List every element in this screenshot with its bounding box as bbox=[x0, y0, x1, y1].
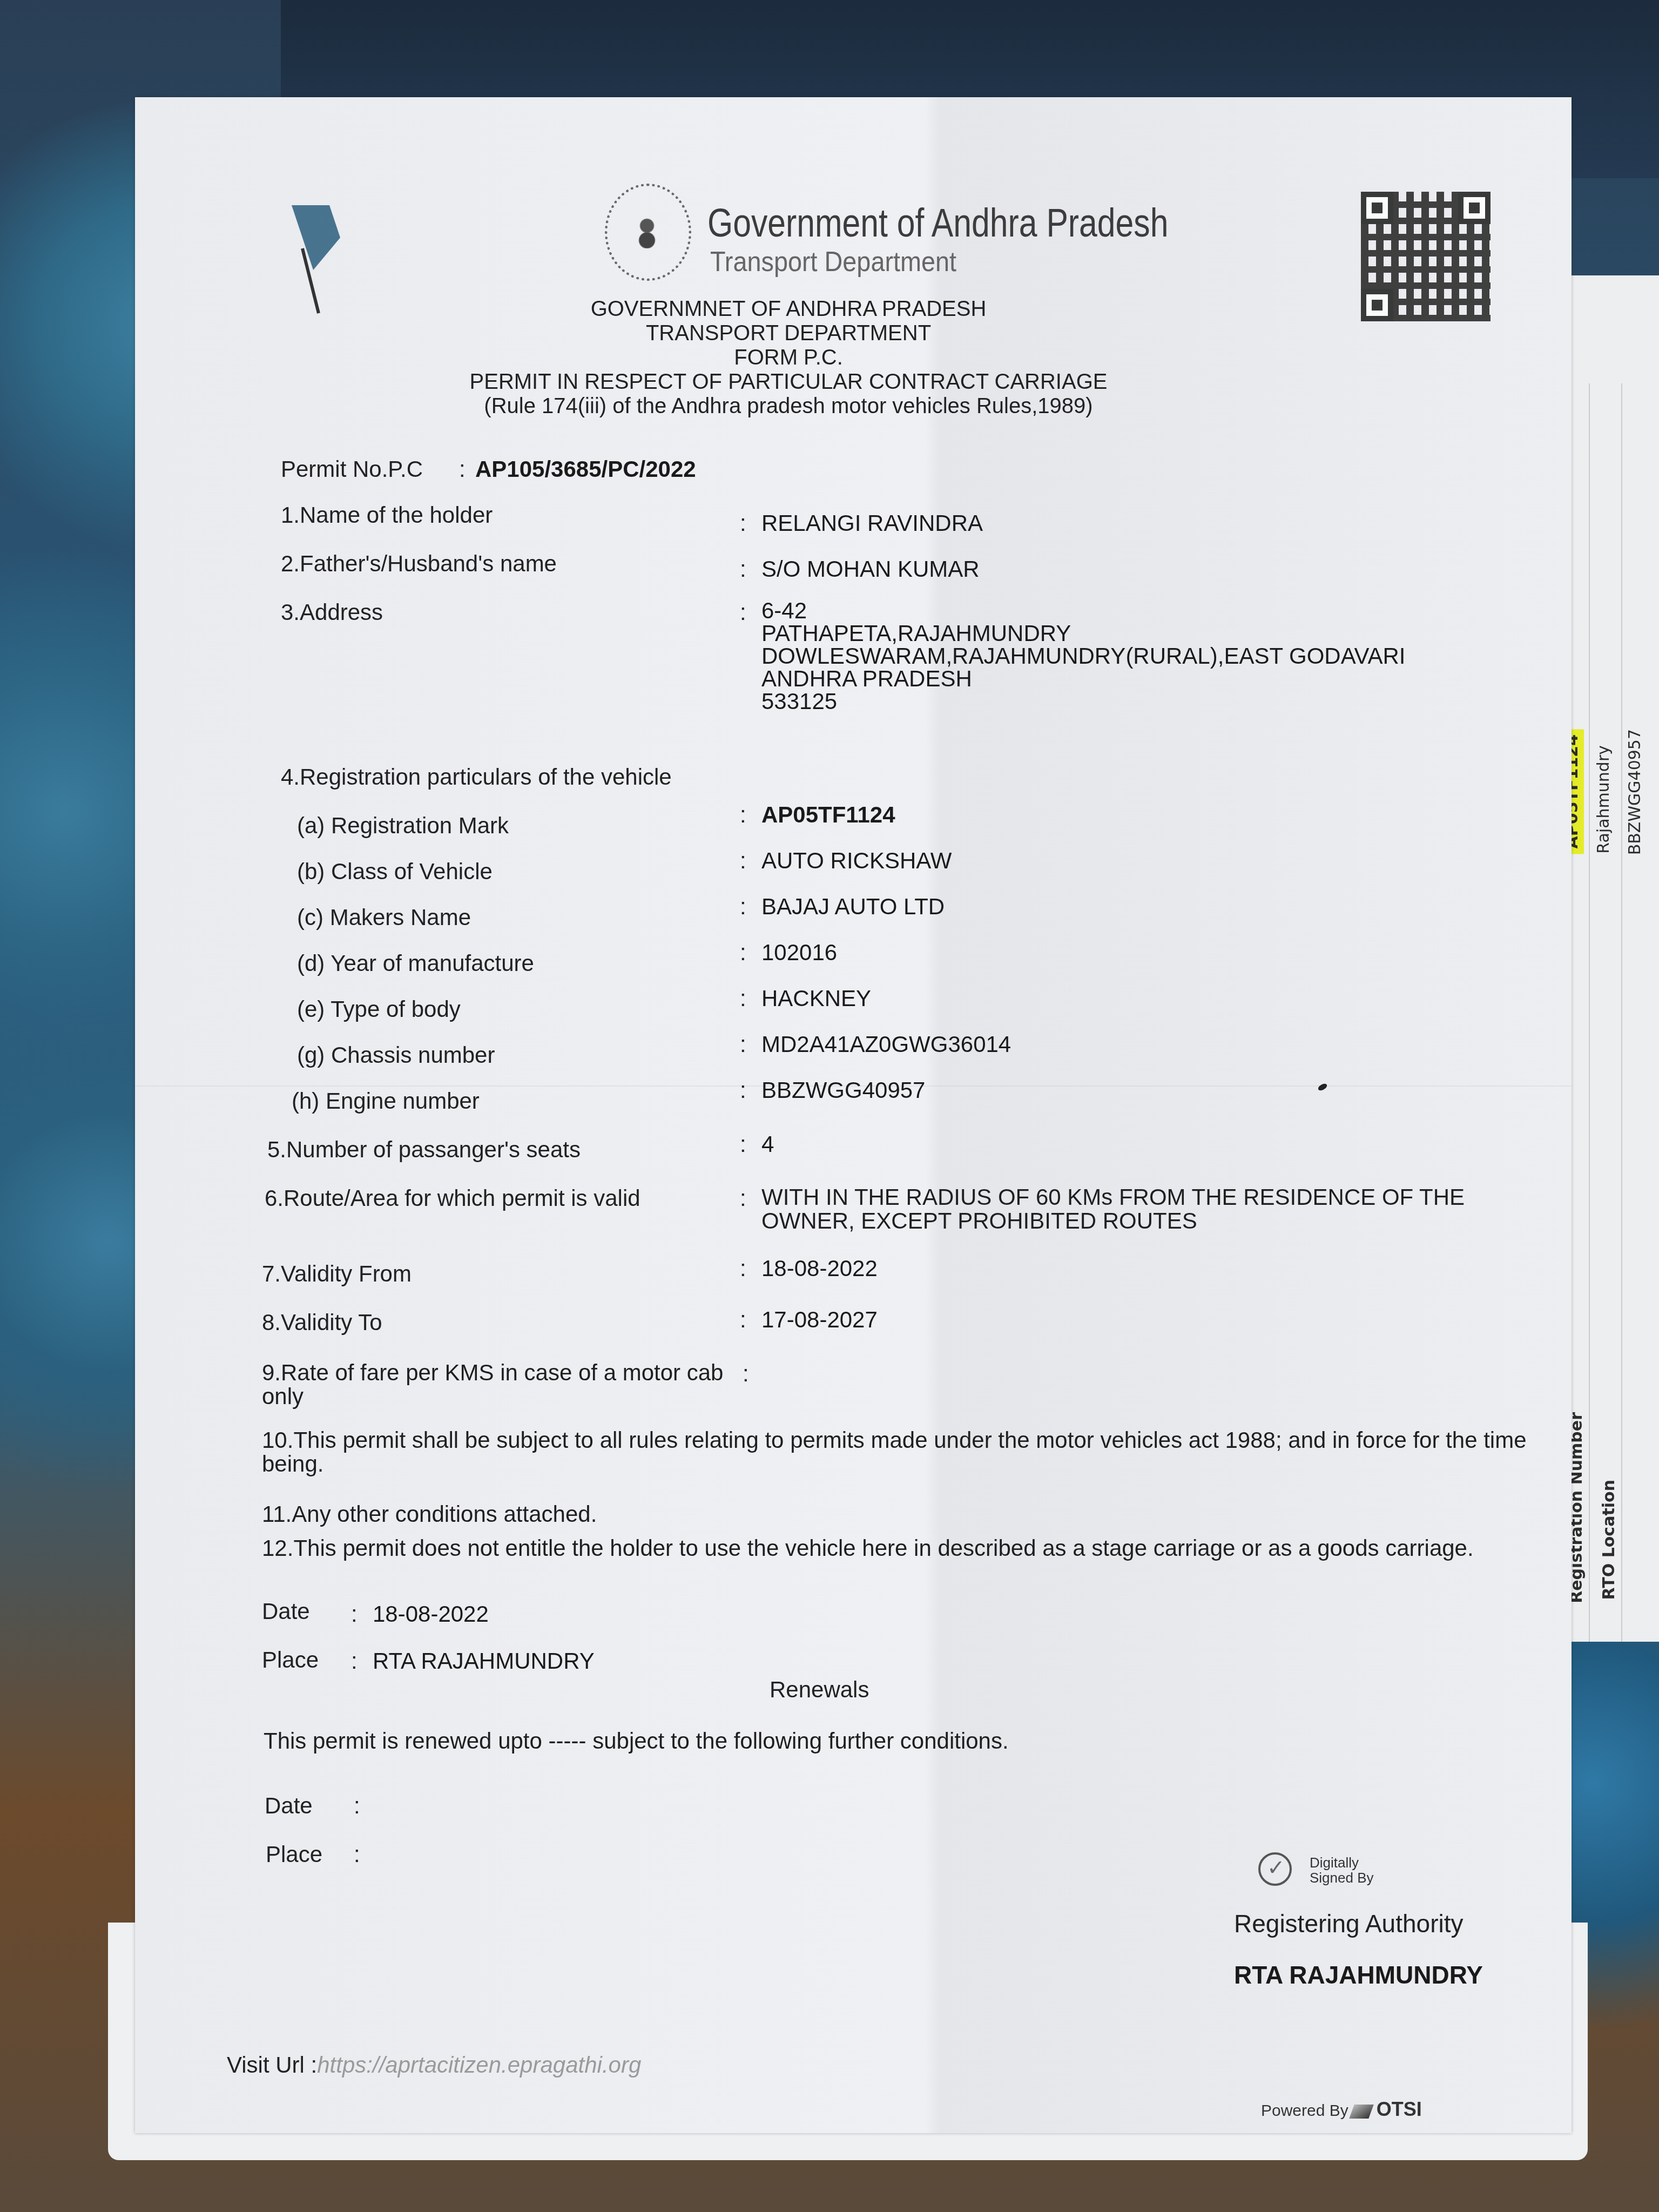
digital-signature-text: Digitally Signed By bbox=[1310, 1855, 1374, 1885]
registration-item-label: (g) Chassis number bbox=[297, 1042, 495, 1068]
issue-date-label: Date bbox=[262, 1599, 310, 1624]
registration-item-value: 102016 bbox=[761, 940, 837, 966]
registration-item-value: HACKNEY bbox=[761, 986, 871, 1011]
digital-signature-check-icon bbox=[1258, 1852, 1292, 1886]
digital-line-1: Digitally bbox=[1310, 1855, 1374, 1870]
seats-label: 5.Number of passanger's seats bbox=[267, 1137, 581, 1163]
header-line-5: (Rule 174(iii) of the Andhra pradesh mot… bbox=[70, 394, 1507, 419]
back-rto-value: Rajahmundry bbox=[1594, 745, 1613, 854]
address-value: 6-42 PATHAPETA,RAJAHMUNDRY DOWLESWARAM,R… bbox=[761, 599, 1405, 713]
colon: : bbox=[740, 894, 746, 920]
colon: : bbox=[740, 1131, 746, 1157]
powered-by-label: Powered By bbox=[1261, 2102, 1348, 2120]
powered-by-brand: OTSI bbox=[1377, 2098, 1422, 2120]
address-line: 533125 bbox=[761, 690, 1405, 713]
address-label: 3.Address bbox=[281, 599, 383, 625]
holder-value: RELANGI RAVINDRA bbox=[761, 510, 983, 536]
registration-item-value: BAJAJ AUTO LTD bbox=[761, 894, 945, 920]
colon: : bbox=[459, 456, 466, 482]
fare-label: 9.Rate of fare per KMS in case of a moto… bbox=[262, 1361, 732, 1408]
registration-item-value: BBZWGG40957 bbox=[761, 1077, 925, 1103]
renewals-text: This permit is renewed upto ----- subjec… bbox=[264, 1728, 1009, 1754]
colon: : bbox=[740, 940, 746, 966]
header-line-1: GOVERNMNET OF ANDHRA PRADESH bbox=[70, 297, 1507, 321]
colon: : bbox=[351, 1648, 358, 1674]
validity-from-value: 18-08-2022 bbox=[761, 1256, 878, 1282]
renewal-place-label: Place bbox=[266, 1842, 322, 1867]
visit-url-link[interactable]: https://aprtacitizen.epragathi.org bbox=[317, 2052, 641, 2078]
colon: : bbox=[354, 1793, 360, 1819]
colon: : bbox=[740, 556, 746, 582]
state-emblem-icon bbox=[605, 184, 691, 281]
colon: : bbox=[740, 1077, 746, 1103]
address-line: DOWLESWARAM,RAJAHMUNDRY(RURAL),EAST GODA… bbox=[761, 645, 1405, 667]
back-rto-header: RTO Location bbox=[1600, 1480, 1618, 1600]
renewals-title: Renewals bbox=[770, 1677, 869, 1703]
validity-to-label: 8.Validity To bbox=[262, 1310, 382, 1336]
digital-line-2: Signed By bbox=[1310, 1870, 1374, 1885]
back-engine-value: BBZWGG40957 bbox=[1626, 729, 1644, 855]
permit-no-value: AP105/3685/PC/2022 bbox=[475, 456, 696, 482]
issue-place-value: RTA RAJAHMUNDRY bbox=[373, 1648, 595, 1674]
route-value: WITH IN THE RADIUS OF 60 KMs FROM THE RE… bbox=[761, 1185, 1518, 1233]
visit-url: Visit Url :https://aprtacitizen.epragath… bbox=[227, 2052, 641, 2078]
address-line: 6-42 bbox=[761, 599, 1405, 622]
clause-11: 11.Any other conditions attached. bbox=[262, 1501, 597, 1527]
registration-item-value: MD2A41AZ0GWG36014 bbox=[761, 1031, 1011, 1057]
header-line-2: TRANSPORT DEPARTMENT bbox=[70, 321, 1507, 346]
colon: : bbox=[351, 1601, 358, 1627]
registration-heading: 4.Registration particulars of the vehicl… bbox=[281, 764, 672, 790]
colon: : bbox=[740, 986, 746, 1011]
colon: : bbox=[354, 1842, 360, 1867]
registration-item-label: (d) Year of manufacture bbox=[297, 950, 534, 976]
father-label: 2.Father's/Husband's name bbox=[281, 551, 557, 577]
address-line: ANDHRA PRADESH bbox=[761, 667, 1405, 690]
holder-label: 1.Name of the holder bbox=[281, 502, 493, 528]
ink-mark bbox=[1317, 1082, 1328, 1092]
registering-authority: Registering Authority bbox=[1234, 1909, 1463, 1938]
colon: : bbox=[743, 1361, 749, 1387]
powered-by: Powered ByOTSI bbox=[1261, 2098, 1422, 2121]
route-label: 6.Route/Area for which permit is valid bbox=[265, 1185, 640, 1211]
colon: : bbox=[740, 1256, 746, 1282]
registration-item-label: (h) Engine number bbox=[292, 1088, 480, 1114]
validity-to-value: 17-08-2027 bbox=[761, 1307, 878, 1333]
colon: : bbox=[740, 599, 746, 625]
otsi-logo-icon bbox=[1349, 2105, 1373, 2119]
colon: : bbox=[740, 1031, 746, 1057]
permit-no-label: Permit No.P.C bbox=[281, 456, 423, 482]
colon: : bbox=[740, 848, 746, 874]
renewal-date-label: Date bbox=[265, 1793, 313, 1819]
authority-office: RTA RAJAHMUNDRY bbox=[1234, 1960, 1483, 1990]
colon: : bbox=[740, 1307, 746, 1333]
registration-item-label: (c) Makers Name bbox=[297, 905, 471, 930]
registration-item-value: AUTO RICKSHAW bbox=[761, 848, 952, 874]
seats-value: 4 bbox=[761, 1131, 774, 1157]
registration-item-value: AP05TF1124 bbox=[761, 802, 895, 828]
colon: : bbox=[740, 510, 746, 536]
registration-item-label: (b) Class of Vehicle bbox=[297, 859, 493, 885]
registration-item-label: (e) Type of body bbox=[297, 996, 461, 1022]
father-value: S/O MOHAN KUMAR bbox=[761, 556, 980, 582]
logo-subtitle: Transport Department bbox=[710, 246, 956, 278]
colon: : bbox=[740, 1185, 746, 1211]
permit-document: Government of Andhra Pradesh Transport D… bbox=[135, 97, 1572, 2133]
column-divider bbox=[1589, 383, 1590, 1642]
logo-title: Government of Andhra Pradesh bbox=[707, 200, 1168, 246]
header-line-3: FORM P.C. bbox=[70, 346, 1507, 370]
clause-10: 10.This permit shall be subject to all r… bbox=[262, 1428, 1536, 1476]
column-divider bbox=[1621, 383, 1622, 1642]
clause-12: 12.This permit does not entitle the hold… bbox=[262, 1536, 1526, 1560]
colon: : bbox=[740, 802, 746, 828]
issue-date-value: 18-08-2022 bbox=[373, 1601, 489, 1627]
address-line: PATHAPETA,RAJAHMUNDRY bbox=[761, 622, 1405, 645]
header-line-4: PERMIT IN RESPECT OF PARTICULAR CONTRACT… bbox=[70, 370, 1507, 394]
registration-item-label: (a) Registration Mark bbox=[297, 813, 509, 839]
issue-place-label: Place bbox=[262, 1647, 319, 1673]
visit-url-label: Visit Url : bbox=[227, 2052, 317, 2078]
validity-from-label: 7.Validity From bbox=[262, 1261, 412, 1287]
